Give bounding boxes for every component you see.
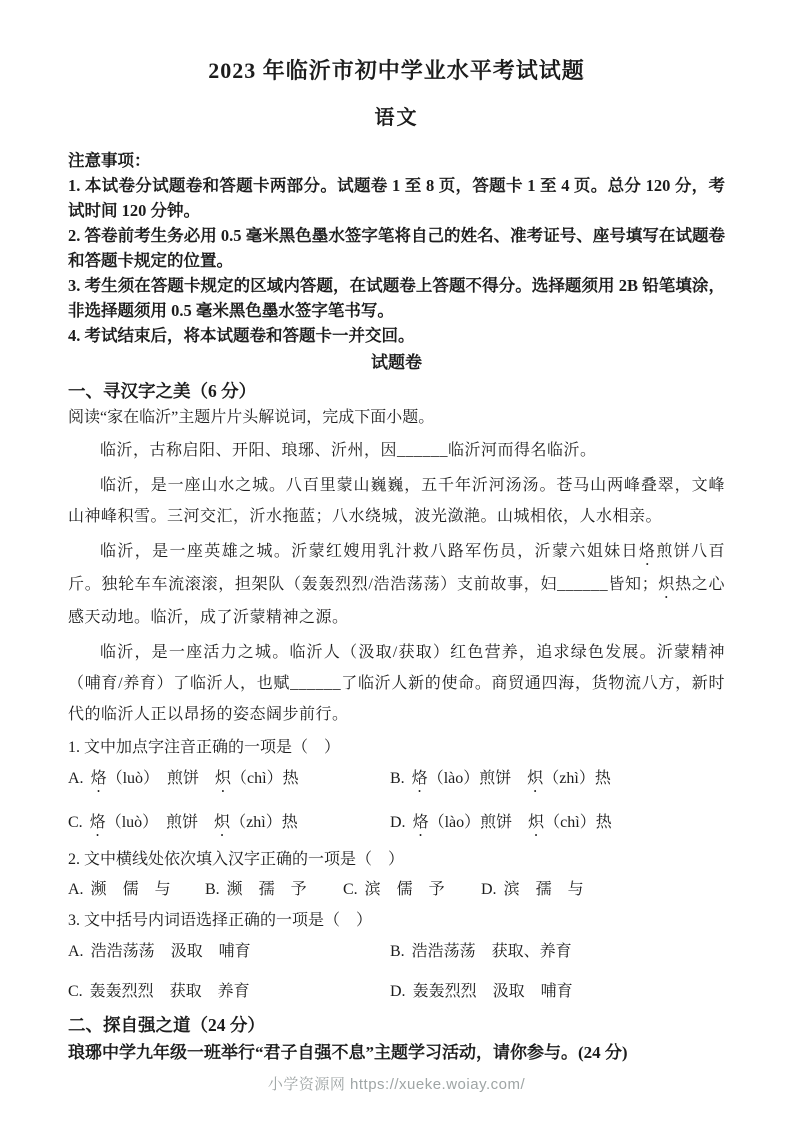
- option-label: D.: [390, 814, 406, 831]
- notice-section: 注意事项： 1. 本试卷分试题卷和答题卡两部分。试题卷 1 至 8 页，答题卡 …: [68, 148, 725, 348]
- dotted-char: 炽: [215, 770, 231, 787]
- dotted-char-lao: 烙: [639, 543, 656, 560]
- dotted-char: 烙: [91, 770, 107, 787]
- option-text: （zhì）热: [543, 770, 611, 787]
- passage-text: 临沂，是一座英雄之城。沂蒙红嫂用乳汁救八路军伤员，沂蒙六姐妹日: [100, 543, 639, 560]
- option-text: 浩浩荡荡 汲取 哺育: [91, 943, 251, 960]
- notice-item-4: 4. 考试结束后，将本试题卷和答题卡一并交回。: [68, 323, 725, 348]
- question-3-options: A.浩浩荡荡 汲取 哺育 B.浩浩荡荡 获取、养育 C.轰轰烈烈 获取 养育 D…: [68, 938, 725, 1005]
- question-3-option-d: D.轰轰烈烈 汲取 哺育: [390, 978, 725, 1005]
- notice-item-3: 3. 考生须在答题卡规定的区域内答题，在试题卷上答题不得分。选择题须用 2B 铅…: [68, 273, 725, 323]
- option-text: 濒 孺 予: [227, 881, 307, 898]
- option-label: C.: [68, 983, 83, 1000]
- section1-heading: 一、寻汉字之美（6 分）: [68, 378, 725, 405]
- option-label: A.: [68, 770, 84, 787]
- dotted-char: 烙: [412, 770, 428, 787]
- option-text: （lào）煎饼: [429, 814, 529, 831]
- question-1-stem: 1. 文中加点字注音正确的一项是（ ）: [68, 734, 725, 761]
- option-label: C.: [68, 814, 83, 831]
- section1-intro: 阅读“家在临沂”主题片片头解说词，完成下面小题。: [68, 405, 725, 431]
- dotted-char: 炽: [527, 770, 543, 787]
- question-1-option-d: D.烙（lào）煎饼 炽（chì）热: [390, 809, 725, 840]
- question-3-stem: 3. 文中括号内词语选择正确的一项是（ ）: [68, 907, 725, 934]
- option-label: D.: [390, 983, 406, 1000]
- section2-intro: 琅琊中学九年级一班举行“君子自强不息”主题学习活动，请你参与。(24 分): [68, 1039, 725, 1067]
- section2-heading: 二、探自强之道（24 分）: [68, 1011, 725, 1039]
- question-3-option-b: B.浩浩荡荡 获取、养育: [390, 938, 725, 965]
- notice-item-1: 1. 本试卷分试题卷和答题卡两部分。试题卷 1 至 8 页，答题卡 1 至 4 …: [68, 173, 725, 223]
- question-3-option-c: C.轰轰烈烈 获取 养育: [68, 978, 390, 1005]
- option-label: B.: [390, 770, 405, 787]
- option-label: B.: [205, 881, 220, 898]
- question-1-options: A.烙（luò） 煎饼 炽（chì）热 B.烙（lào）煎饼 炽（zhì）热 C…: [68, 765, 725, 840]
- paper-heading: 试题卷: [68, 350, 725, 376]
- question-1-option-c: C.烙（luò） 煎饼 炽（zhì）热: [68, 809, 390, 840]
- passage-paragraph-4: 临沂，是一座活力之城。临沂人（汲取/获取）红色营养，追求绿色发展。沂蒙精神（哺育…: [68, 637, 725, 730]
- passage-paragraph-1: 临沂，古称启阳、开阳、琅琊、沂州，因______临沂河而得名临沂。: [68, 435, 725, 466]
- footer-watermark: 小学资源网 https://xueke.woiay.com/: [0, 1073, 793, 1094]
- dotted-char: 炽: [214, 814, 230, 831]
- page-title: 2023 年临沂市初中学业水平考试试题: [68, 54, 725, 85]
- exam-paper-page: 2023 年临沂市初中学业水平考试试题 语文 注意事项： 1. 本试卷分试题卷和…: [0, 0, 793, 1122]
- option-text: 轰轰烈烈 获取 养育: [90, 983, 250, 1000]
- question-2-option-a: A.濒 儒 与: [68, 876, 205, 903]
- dotted-char-chi: 炽: [658, 576, 675, 593]
- option-text: 滨 孺 与: [504, 881, 584, 898]
- option-text: 轰轰烈烈 汲取 哺育: [413, 983, 573, 1000]
- option-text: （chì）热: [544, 814, 612, 831]
- option-label: C.: [343, 881, 358, 898]
- subject-title: 语文: [68, 101, 725, 130]
- option-text: （zhì）热: [230, 814, 298, 831]
- dotted-char: 烙: [413, 814, 429, 831]
- notice-heading: 注意事项：: [68, 148, 725, 173]
- question-1-option-a: A.烙（luò） 煎饼 炽（chì）热: [68, 765, 390, 796]
- option-label: A.: [68, 881, 84, 898]
- question-2-options: A.濒 儒 与 B.濒 孺 予 C.滨 儒 予 D.滨 孺 与: [68, 876, 725, 903]
- question-1-option-b: B.烙（lào）煎饼 炽（zhì）热: [390, 765, 725, 796]
- option-text: 滨 儒 予: [365, 881, 445, 898]
- dotted-char: 烙: [90, 814, 106, 831]
- option-label: D.: [481, 881, 497, 898]
- option-text: 浩浩荡荡 获取、养育: [412, 943, 572, 960]
- option-label: A.: [68, 943, 84, 960]
- option-text: （luò） 煎饼: [107, 770, 215, 787]
- passage-paragraph-2: 临沂，是一座山水之城。八百里蒙山巍巍，五千年沂河汤汤。苍马山两峰叠翠，文峰山神峰…: [68, 470, 725, 532]
- question-2-option-d: D.滨 孺 与: [481, 876, 725, 903]
- question-2-option-c: C.滨 儒 予: [343, 876, 481, 903]
- question-3-option-a: A.浩浩荡荡 汲取 哺育: [68, 938, 390, 965]
- option-text: （chì）热: [231, 770, 299, 787]
- question-2-option-b: B.濒 孺 予: [205, 876, 343, 903]
- option-text: （lào）煎饼: [428, 770, 528, 787]
- passage-paragraph-3: 临沂，是一座英雄之城。沂蒙红嫂用乳汁救八路军伤员，沂蒙六姐妹日烙煎饼八百斤。独轮…: [68, 536, 725, 633]
- notice-item-2: 2. 答卷前考生务必用 0.5 毫米黑色墨水签字笔将自己的姓名、准考证号、座号填…: [68, 223, 725, 273]
- option-label: B.: [390, 943, 405, 960]
- question-2-stem: 2. 文中横线处依次填入汉字正确的一项是（ ）: [68, 846, 725, 873]
- dotted-char: 炽: [528, 814, 544, 831]
- option-text: 濒 儒 与: [91, 881, 171, 898]
- option-text: （luò） 煎饼: [106, 814, 214, 831]
